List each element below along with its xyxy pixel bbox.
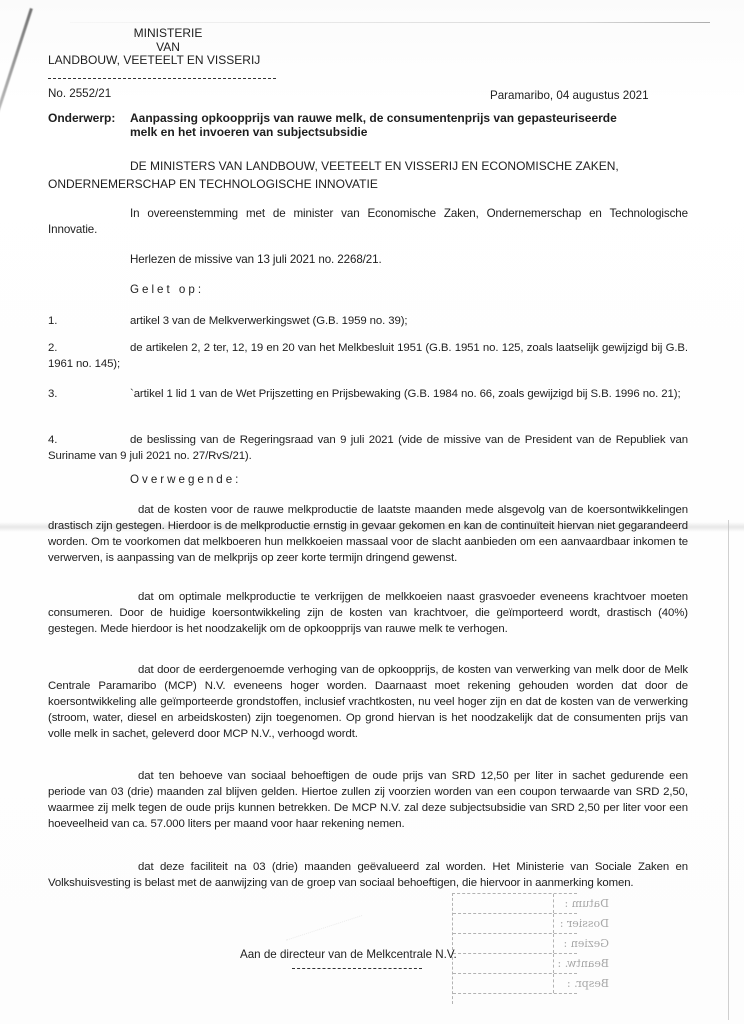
letterhead-line-1: MINISTERIE: [48, 27, 288, 41]
stamp-row: Datum :: [453, 894, 577, 914]
having-regard-item: 4.de beslissing van de Regeringsraad van…: [48, 432, 688, 464]
having-regard-item: 3.`artikel 1 lid 1 van de Wet Prijszetti…: [48, 386, 688, 402]
considering-paragraph: dat deze faciliteit na 03 (drie) maanden…: [48, 859, 688, 891]
addressee: Aan de directeur van de Melkcentrale N.V…: [240, 948, 457, 961]
place-date: Paramaribo, 04 augustus 2021: [490, 89, 649, 102]
stamp-label: Dossier :: [560, 917, 609, 930]
registration-stamp: Datum : Dossier : Gezien : Beantw. : Bes…: [452, 893, 577, 1004]
letterhead-line-2: VAN: [48, 41, 288, 55]
document-number: No. 2552/21: [48, 87, 111, 100]
stamp-label: Beantw. :: [558, 957, 609, 970]
stamp-row: Gezien :: [453, 934, 577, 954]
reread-paragraph: Herlezen de missive van 13 juli 2021 no.…: [48, 252, 688, 268]
scan-edge-top: [70, 22, 710, 23]
considering-paragraph: dat de kosten voor de rauwe melkproducti…: [48, 502, 688, 566]
subject-line-2: melk en het invoeren van subjectsubsidie: [48, 125, 617, 139]
item-text: de artikelen 2, 2 ter, 12, 19 en 20 van …: [48, 342, 688, 370]
agreement-paragraph: In overeenstemming met de minister van E…: [48, 206, 688, 238]
subject-line-1: Aanpassing opkoopprijs van rauwe melk, d…: [130, 111, 617, 125]
having-regard-heading: Gelet op:: [48, 282, 688, 298]
fold-mark: [0, 8, 33, 142]
considering-heading: Overwegende:: [48, 472, 688, 488]
considering-paragraph: dat ten behoeve van sociaal behoeftigen …: [48, 768, 688, 832]
considering-paragraph: dat door de eerdergenoemde verhoging van…: [48, 662, 688, 742]
letterhead-line-3: LANDBOUW, VEETEELT EN VISSERIJ: [48, 54, 288, 68]
stamp-label: Gezien :: [564, 937, 609, 950]
stamp-label: Bespr. :: [567, 977, 609, 990]
item-text: de beslissing van de Regeringsraad van 9…: [48, 434, 688, 462]
letterhead-divider: [48, 78, 276, 79]
stamp-row: Dossier :: [453, 914, 577, 934]
item-number: 2.: [48, 340, 130, 356]
having-regard-item: 2.de artikelen 2, 2 ter, 12, 19 en 20 va…: [48, 340, 688, 372]
ministers-heading: DE MINISTERS VAN LANDBOUW, VEETEELT EN V…: [48, 157, 688, 193]
addressee-underline: [292, 968, 422, 969]
stamp-label: Datum :: [564, 897, 609, 910]
item-number: 4.: [48, 432, 130, 448]
stamp-row: Bespr. :: [453, 974, 577, 994]
considering-paragraph: dat om optimale melkproductie te verkrij…: [48, 589, 688, 637]
stamp-row: Beantw. :: [453, 954, 577, 974]
having-regard-item: 1.artikel 3 van de Melkverwerkingswet (G…: [48, 313, 688, 329]
item-text: `artikel 1 lid 1 van de Wet Prijszetting…: [130, 388, 681, 400]
item-number: 3.: [48, 386, 130, 402]
scan-edge-right: [728, 520, 729, 1020]
signature-bleed: [278, 890, 362, 940]
item-text: artikel 3 van de Melkverwerkingswet (G.B…: [130, 315, 408, 327]
letterhead: MINISTERIE VAN LANDBOUW, VEETEELT EN VIS…: [48, 27, 288, 68]
item-number: 1.: [48, 313, 130, 329]
subject: Onderwerp:Aanpassing opkoopprijs van rau…: [48, 111, 617, 139]
subject-label: Onderwerp:: [48, 111, 130, 125]
document-page: MINISTERIE VAN LANDBOUW, VEETEELT EN VIS…: [0, 0, 744, 1024]
